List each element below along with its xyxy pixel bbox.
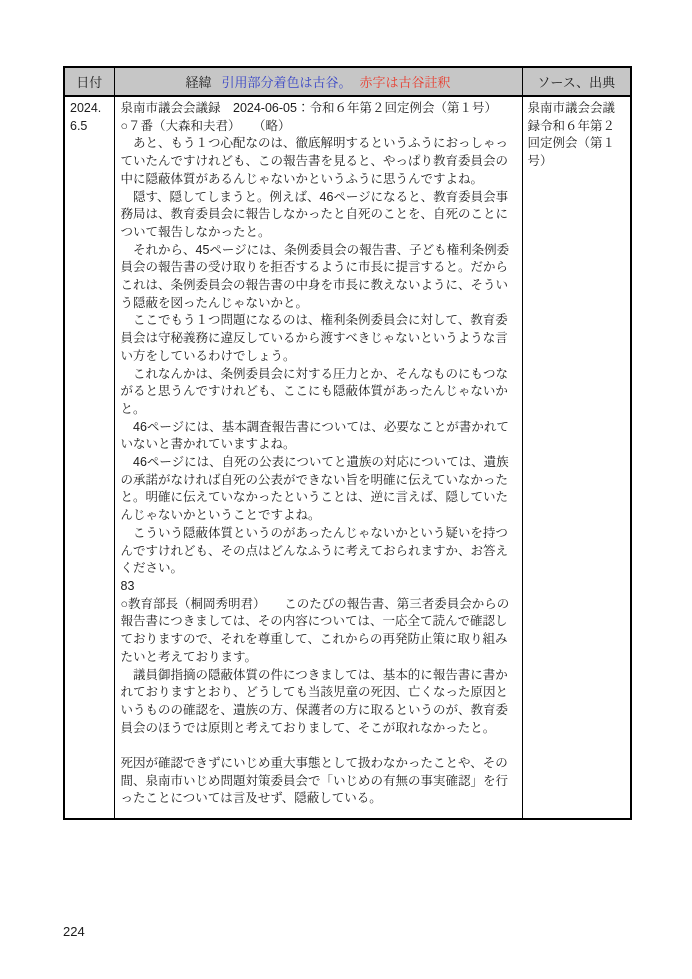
transcript-paragraph: 83 (121, 578, 516, 596)
source-cell: 泉南市議会会議録令和６年第２回定例会（第１号） (522, 96, 631, 819)
transcript-paragraph: それから、45ページには、条例委員会の報告書、子ども権利条例委員会の報告書の受け… (121, 242, 516, 313)
page-number: 224 (63, 924, 85, 939)
details-header-label: 経緯 (185, 75, 211, 90)
transcript-paragraph: 46ページには、基本調査報告書については、必要なことが書かれていないと書かれてい… (121, 419, 516, 454)
transcript-paragraph: 隠す、隠してしまうと。例えば、46ページになると、教育委員会事務局は、教育委員会… (121, 189, 516, 242)
table-header-row: 日付 経緯引用部分着色は古谷。赤字は古谷註釈 ソース、出典 (64, 67, 631, 96)
transcript-paragraph: これなんかは、条例委員会に対する圧力とか、そんなものにもつながると思うんですけれ… (121, 366, 516, 419)
details-cell: 泉南市議会会議録 2024-06-05：令和６年第２回定例会（第１号） ○７番（… (114, 96, 522, 819)
details-column-header: 経緯引用部分着色は古谷。赤字は古谷註釈 (114, 67, 522, 96)
chronology-table: 日付 経緯引用部分着色は古谷。赤字は古谷註釈 ソース、出典 2024. 6.5 … (63, 66, 632, 820)
transcript-paragraph: 46ページには、自死の公表についてと遺族の対応については、遺族の承諾がなければ自… (121, 454, 516, 525)
furuya-annotation: 死因が確認できずにいじめ重大事態として扱わなかったことや、その間、泉南市いじめ問… (121, 755, 516, 808)
date-column-header: 日付 (64, 67, 114, 96)
transcript-paragraph: こういう隠蔽体質というのがあったんじゃないかという疑いを持つんですけれども、その… (121, 525, 516, 578)
source-citation: 泉南市議会会議録令和６年第２回定例会（第１号） (528, 100, 627, 171)
transcript-paragraph: 議員御指摘の隠蔽体質の件につきましては、基本的に報告書に書かれておりますとおり、… (121, 667, 516, 738)
table-row: 2024. 6.5 泉南市議会会議録 2024-06-05：令和６年第２回定例会… (64, 96, 631, 819)
source-column-header: ソース、出典 (522, 67, 631, 96)
date-year: 2024. (70, 100, 112, 118)
quote-color-note: 引用部分着色は古谷。 (221, 75, 351, 90)
date-month-day: 6.5 (70, 118, 112, 136)
minutes-transcript: ○７番（大森和夫君） （略） あと、もう１つ心配なのは、徹底解明するというふうに… (121, 118, 516, 738)
annotation-color-note: 赤字は古谷註釈 (360, 75, 451, 90)
transcript-paragraph: ○７番（大森和夫君） （略） (121, 118, 516, 136)
transcript-paragraph: ○教育部長（桐岡秀明君） このたびの報告書、第三者委員会からの報告書につきまして… (121, 596, 516, 667)
transcript-paragraph: ここでもう１つ問題になるのは、権利条例委員会に対して、教育委員会は守秘義務に違反… (121, 312, 516, 365)
minutes-title: 泉南市議会会議録 2024-06-05：令和６年第２回定例会（第１号） (121, 100, 516, 118)
transcript-paragraph: あと、もう１つ心配なのは、徹底解明するというふうにおっしゃっていたんですけれども… (121, 135, 516, 188)
date-cell: 2024. 6.5 (64, 96, 114, 819)
